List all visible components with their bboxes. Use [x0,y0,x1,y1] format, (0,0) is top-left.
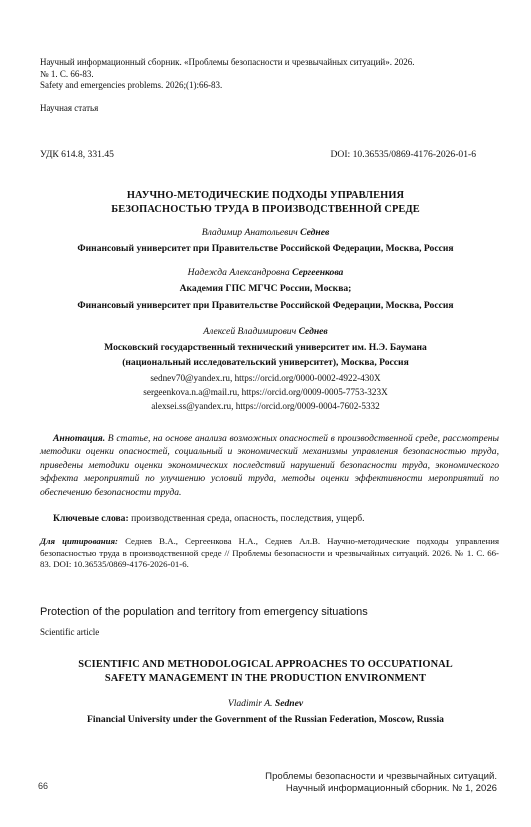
title-en-line-2: SAFETY MANAGEMENT IN THE PRODUCTION ENVI… [0,672,531,686]
author-1-surname: Седнев [300,227,329,238]
title-ru: НАУЧНО-МЕТОДИЧЕСКИЕ ПОДХОДЫ УПРАВЛЕНИЯ Б… [0,189,531,217]
author-2-surname: Сергеенкова [292,267,343,278]
abstract-label: Аннотация. [53,433,105,444]
keywords: Ключевые слова: производственная среда, … [53,512,365,525]
author-2: Надежда Александровна Сергеенкова [0,266,531,279]
author-en-surname: Sednev [275,698,303,709]
running-footer: Проблемы безопасности и чрезвычайных сит… [265,771,497,795]
journal-citation-line-1: Научный информационный сборник. «Проблем… [40,57,414,69]
section-title-en: Protection of the population and territo… [40,606,368,619]
keywords-text: производственная среда, опасность, после… [131,513,364,524]
title-en: SCIENTIFIC AND METHODOLOGICAL APPROACHES… [0,658,531,686]
article-type-en: Scientific article [40,627,99,639]
author-1-given-name: Владимир Анатольевич [202,227,298,238]
article-type-ru: Научная статья [40,103,98,115]
author-3-given-name: Алексей Владимирович [203,326,296,337]
author-1: Владимир Анатольевич Седнев [0,226,531,239]
author-2-given-name: Надежда Александровна [188,267,290,278]
abstract-text: В статье, на основе анализа возможных оп… [40,433,499,498]
journal-citation-line-2: № 1. С. 66-83. [40,69,94,81]
contact-2[interactable]: sergeenkova.n.a@mail.ru, https://orcid.o… [0,386,531,398]
author-3: Алексей Владимирович Седнев [0,325,531,338]
author-3-surname: Седнев [299,326,328,337]
title-ru-line-2: БЕЗОПАСНОСТЬЮ ТРУДА В ПРОИЗВОДСТВЕННОЙ С… [0,203,531,217]
author-3-affiliation-1: Московский государственный технический у… [0,340,531,355]
author-en-affiliation: Financial University under the Governmen… [0,712,531,727]
contact-1[interactable]: sednev70@yandex.ru, https://orcid.org/00… [0,372,531,384]
udk-code: УДК 614.8, 331.45 [40,149,114,161]
footer-line-2: Научный информационный сборник. № 1, 202… [265,783,497,795]
title-en-line-1: SCIENTIFIC AND METHODOLOGICAL APPROACHES… [0,658,531,672]
journal-citation-en: Safety and emergencies problems. 2026;(1… [40,80,222,92]
footer-line-1: Проблемы безопасности и чрезвычайных сит… [265,771,497,783]
keywords-label: Ключевые слова: [53,513,129,524]
title-ru-line-1: НАУЧНО-МЕТОДИЧЕСКИЕ ПОДХОДЫ УПРАВЛЕНИЯ [0,189,531,203]
author-en-given-name: Vladimir A. [228,698,273,709]
doi: DOI: 10.36535/0869-4176-2026-01-6 [331,149,477,161]
author-1-affiliation: Финансовый университет при Правительстве… [0,241,531,256]
contact-3[interactable]: alexsei.ss@yandex.ru, https://orcid.org/… [0,400,531,412]
citation-label: Для цитирования: [40,536,118,546]
author-2-affiliation-2: Финансовый университет при Правительстве… [0,298,531,313]
author-3-affiliation-2: (национальный исследовательский универси… [0,355,531,370]
citation: Для цитирования: Седнев В.А., Сергеенков… [40,536,499,571]
author-2-affiliation-1: Академия ГПС МГЧС России, Москва; [0,281,531,296]
author-en: Vladimir A. Sednev [0,697,531,710]
page-number: 66 [38,781,48,791]
abstract: Аннотация. В статье, на основе анализа в… [40,432,499,499]
